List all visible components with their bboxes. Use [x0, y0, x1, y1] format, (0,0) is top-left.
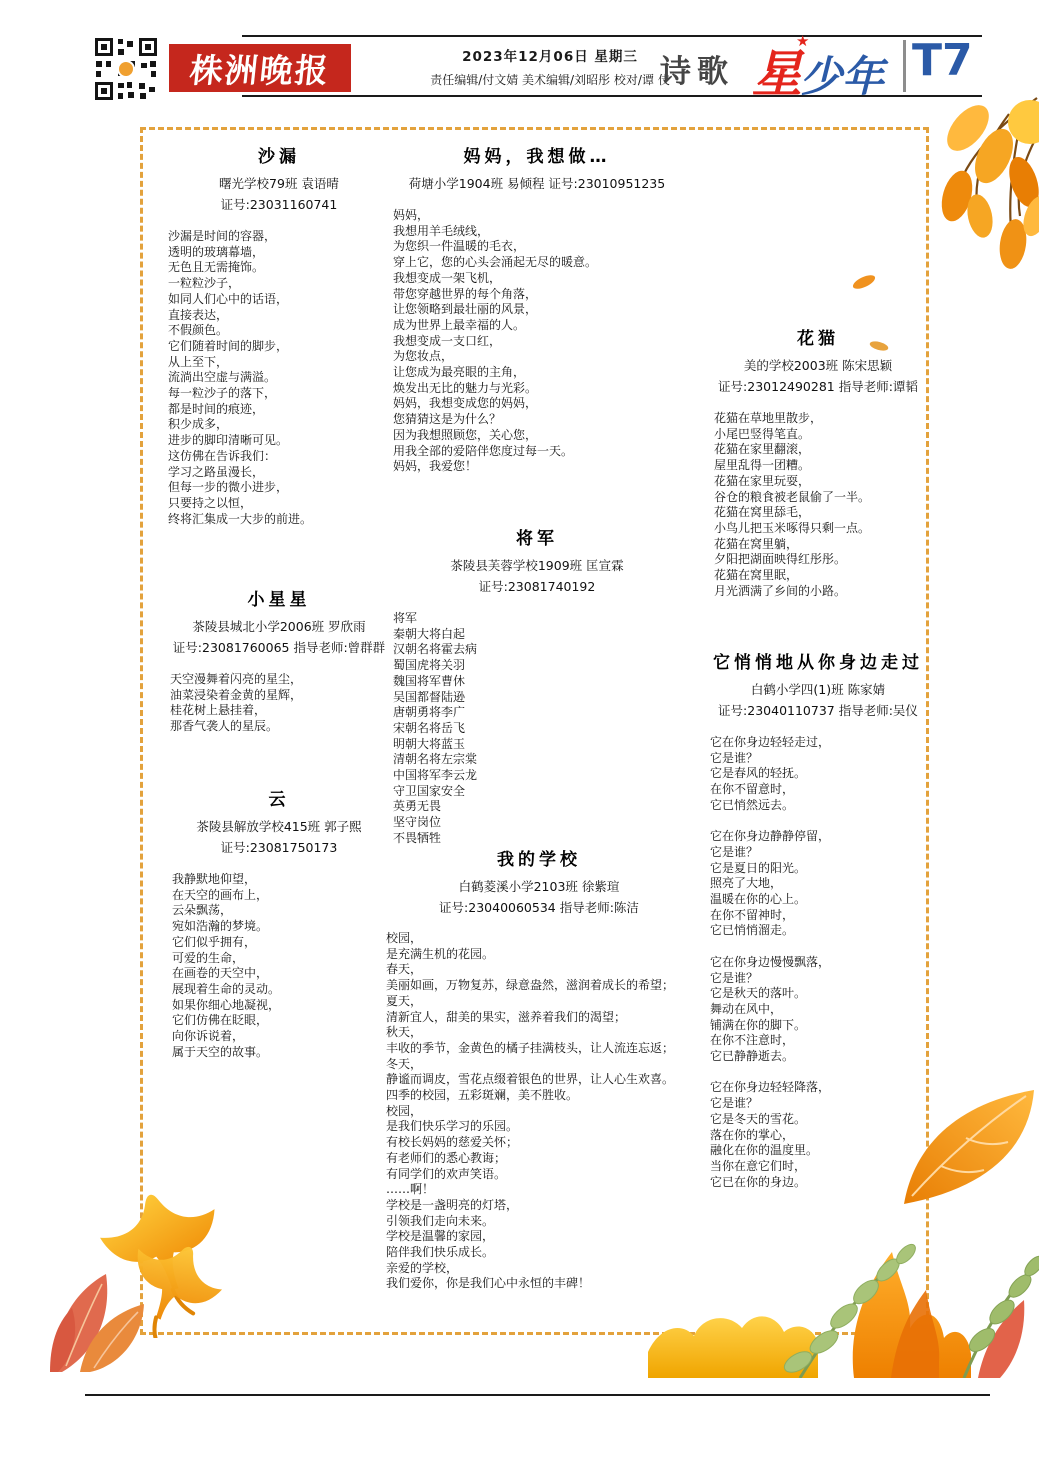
poem-line: 为您织一件温暖的毛衣，: [393, 239, 691, 255]
autumn-branch-decoration: [806, 96, 1039, 288]
poem-line: 蜀国虎将关羽: [393, 658, 691, 674]
poem-line: 您猜猜这是为什么？: [393, 412, 691, 428]
stanza-gap: [710, 939, 956, 955]
poem-title: 沙漏: [148, 142, 410, 167]
poem-line: 花猫在草地里散步，: [714, 411, 946, 427]
poem-body: 妈妈，我想用羊毛绒线，为您织一件温暖的毛衣，穿上它，您的心头会涌起无尽的暖意。我…: [383, 208, 691, 475]
poem-line: 魏国将军曹休: [393, 674, 691, 690]
poem-line: 我静默地仰望，: [172, 872, 410, 888]
star-icon: ★: [796, 32, 809, 50]
poem-cert-line: 证号:23081750173: [148, 838, 410, 856]
poem-title: 妈妈，我想做…: [383, 142, 691, 167]
poem-line: 守卫国家安全: [393, 784, 691, 800]
poem-line: 在天空的画布上，: [172, 888, 410, 904]
bottom-right-leaves-decoration: [648, 1230, 1039, 1378]
poem: 云茶陵县解放学校415班 郭子熙证号:23081750173我静默地仰望，在天空…: [148, 785, 410, 1060]
poem-line: 我想变成一架飞机，: [393, 271, 691, 287]
poem-line: 中国将军李云龙: [393, 768, 691, 784]
poem-line: 沙漏是时间的容器，: [168, 229, 410, 245]
poem-line: 但每一步的微小进步，: [168, 480, 410, 496]
poem-line: 在你不留意时，: [710, 782, 956, 798]
poem-line: 它们似乎拥有，: [172, 935, 410, 951]
falling-leaf-icon: [866, 338, 892, 354]
poem-line: 美丽如画，万物复苏，绿意盎然，滋润着成长的希望；: [386, 978, 700, 994]
brand-shaonian: 少年: [800, 52, 884, 101]
poem-line: 用我全部的爱陪伴您度过每一天。: [393, 444, 691, 460]
poem-cert-line: 证号:23012490281 指导老师:谭韬: [690, 377, 946, 395]
poem-body: 我静默地仰望，在天空的画布上，云朵飘荡，宛如浩瀚的梦境。它们似乎拥有，可爱的生命…: [148, 872, 410, 1060]
poem-line: 如同人们心中的话语，: [168, 292, 410, 308]
poem-line: 引领我们走向未来。: [386, 1214, 700, 1230]
poem-line: 向你诉说着，: [172, 1029, 410, 1045]
poem-line: 汉朝名将霍去病: [393, 642, 691, 658]
poem-line: 成为世界上最幸福的人。: [393, 318, 691, 334]
poem-line: 为您妆点，: [393, 349, 691, 365]
poem-line: 云朵飘荡，: [172, 903, 410, 919]
poem-line: 进步的脚印清晰可见。: [168, 433, 410, 449]
poem-line: 铺满在你的脚下。: [710, 1018, 956, 1034]
poem-line: 吴国都督陆逊: [393, 690, 691, 706]
poem: 沙漏曙光学校79班 袁语晴证号:23031160741沙漏是时间的容器，透明的玻…: [148, 142, 410, 527]
poem-cert-line: 证号:23040110737 指导老师:吴仪: [680, 701, 956, 719]
poem: 小星星茶陵县城北小学2006班 罗欣雨证号:23081760065 指导老师:曾…: [136, 585, 422, 735]
poem-line: 谷仓的粮食被老鼠偷了一半。: [714, 490, 946, 506]
poem-line: 宛如浩瀚的梦境。: [172, 919, 410, 935]
poem-line: 月光洒满了乡间的小路。: [714, 584, 946, 600]
poem-line: 英勇无畏: [393, 799, 691, 815]
poem-line: 温暖在你的心上。: [710, 892, 956, 908]
poem-cert-line: 证号:23081760065 指导老师:曾群群: [136, 638, 422, 656]
poem-line: 妈妈，我想变成您的妈妈，: [393, 396, 691, 412]
poem-line: 丰收的季节，金黄色的橘子挂满枝头，让人流连忘返；: [386, 1041, 700, 1057]
poem-line: 积少成多，: [168, 417, 410, 433]
poem-body: 花猫在草地里散步，小尾巴竖得笔直。花猫在家里翻滚，屋里乱得一团糟。花猫在家里玩耍…: [690, 411, 946, 599]
poem-line: 带您穿越世界的每个角落，: [393, 287, 691, 303]
poem-line: 是充满生机的花园。: [386, 947, 700, 963]
poem-line: 是我们快乐学习的乐园。: [386, 1119, 700, 1135]
poem-line: 它是春风的轻抚。: [710, 766, 956, 782]
poem-line: 冬天，: [386, 1057, 700, 1073]
poem-line: 花猫在窝里躺，: [714, 537, 946, 553]
orange-leaf-decoration: [896, 1086, 1039, 1208]
poem-line: 无色且无需掩饰。: [168, 260, 410, 276]
poem-line: 它是谁？: [710, 971, 956, 987]
poem-line: 静谧而调皮，雪花点缀着银色的世界，让人心生欢喜。: [386, 1072, 700, 1088]
poem-line: 宋朝名将岳飞: [393, 721, 691, 737]
poem-line: 舞动在风中，: [710, 1002, 956, 1018]
poem-line: 学习之路虽漫长，: [168, 465, 410, 481]
poem-line: 一粒粒沙子，: [168, 276, 410, 292]
poem-line: 春天，: [386, 962, 700, 978]
poem-author-line: 美的学校2003班 陈宋思颖: [690, 356, 946, 374]
poem-title: 花猫: [690, 324, 946, 349]
poem-line: 焕发出无比的魅力与光彩。: [393, 381, 691, 397]
poem-line: 坚守岗位: [393, 815, 691, 831]
newspaper-page: 株洲晚报 2023年12月06日 星期三 责任编辑/付文婧 美术编辑/刘昭彤 校…: [0, 0, 1039, 1459]
poem-body: 天空漫舞着闪亮的星尘，油菜浸染着金黄的星辉，桂花树上悬挂着，那香气袭人的星辰。: [136, 672, 422, 735]
poem-line: 它在你身边慢慢飘落，: [710, 955, 956, 971]
poem-author-line: 白鹤菱溪小学2103班 徐紫瑄: [378, 877, 700, 895]
poem: 将军茶陵县芙蓉学校1909班 匡宣霖证号:23081740192将军秦朝大将白起…: [383, 524, 691, 847]
poem-line: 校园，: [386, 1104, 700, 1120]
poem-line: 终将汇集成一大步的前进。: [168, 512, 410, 528]
poem-line: 妈妈，: [393, 208, 691, 224]
poem-line: 明朝大将蓝玉: [393, 737, 691, 753]
poem-line: 花猫在窝里舔毛，: [714, 505, 946, 521]
falling-leaf-icon: [848, 272, 880, 292]
poem-line: 在画卷的天空中，: [172, 966, 410, 982]
poem-line: 秋天，: [386, 1025, 700, 1041]
stanza-gap: [710, 814, 956, 830]
poem-line: 妈妈，我爱您！: [393, 459, 691, 475]
poem-line: 清新宜人，甜美的果实，滋养着我们的渴望；: [386, 1010, 700, 1026]
poem-line: 都是时间的痕迹，: [168, 402, 410, 418]
poem-line: 它在你身边轻轻走过，: [710, 735, 956, 751]
poem-line: 因为我想照顾您，关心您，: [393, 428, 691, 444]
poem-cert-line: 证号:23040060534 指导老师:陈洁: [378, 898, 700, 916]
poem-body: 将军秦朝大将白起汉朝名将霍去病蜀国虎将关羽魏国将军曹休吴国都督陆逊唐朝勇将李广宋…: [383, 611, 691, 847]
poem-line: 照亮了大地，: [710, 876, 956, 892]
poem: 花猫美的学校2003班 陈宋思颖证号:23012490281 指导老师:谭韬花猫…: [690, 324, 946, 599]
poem-line: 花猫在窝里眠，: [714, 568, 946, 584]
poem-line: 它已悄悄溜走。: [710, 923, 956, 939]
poem-line: 这仿佛在告诉我们：: [168, 449, 410, 465]
poem-line: 校园，: [386, 931, 700, 947]
poem-line: 它已静静逝去。: [710, 1049, 956, 1065]
poem-line: 我想用羊毛绒线，: [393, 224, 691, 240]
poem-title: 云: [148, 785, 410, 810]
poem-author-line: 曙光学校79班 袁语晴: [148, 174, 410, 192]
poem-line: 将军: [393, 611, 691, 627]
poem-line: 夕阳把湖面映得红彤彤。: [714, 552, 946, 568]
poem-line: 唐朝勇将李广: [393, 705, 691, 721]
footer-rule: [85, 1394, 990, 1396]
poem-line: 有校长妈妈的慈爱关怀；: [386, 1135, 700, 1151]
poem-line: 它是秋天的落叶。: [710, 986, 956, 1002]
poem-title: 小星星: [136, 585, 422, 610]
poem-line: 有同学们的欢声笑语。: [386, 1167, 700, 1183]
poem-line: 有老师们的悉心教诲；: [386, 1151, 700, 1167]
poem-title: 我的学校: [378, 845, 700, 870]
poem-line: 属于天空的故事。: [172, 1045, 410, 1061]
poem-body: 沙漏是时间的容器，透明的玻璃幕墙，无色且无需掩饰。一粒粒沙子，如同人们心中的话语…: [148, 229, 410, 527]
poem-line: 清朝名将左宗棠: [393, 752, 691, 768]
poem-cert-line: 证号:23031160741: [148, 195, 410, 213]
poem-line: ……啊！: [386, 1182, 700, 1198]
poem-line: 在你不注意时，: [710, 1033, 956, 1049]
poem-author-line: 茶陵县城北小学2006班 罗欣雨: [136, 617, 422, 635]
poem-cert-line: 证号:23081740192: [383, 577, 691, 595]
poem-line: 展现着生命的灵动。: [172, 982, 410, 998]
poem-line: 花猫在家里翻滚，: [714, 442, 946, 458]
stanza-gap: [710, 1065, 956, 1081]
poem-author-line: 茶陵县芙蓉学校1909班 匡宣霖: [383, 556, 691, 574]
poem-line: 让您领略到最壮丽的风景，: [393, 302, 691, 318]
poem: 我的学校白鹤菱溪小学2103班 徐紫瑄证号:23040060534 指导老师:陈…: [378, 845, 700, 1292]
poem: 妈妈，我想做…荷塘小学1904班 易倾程 证号:23010951235妈妈，我想…: [383, 142, 691, 475]
poem-line: 小鸟儿把玉米啄得只剩一点。: [714, 521, 946, 537]
poem-line: 只要持之以恒，: [168, 496, 410, 512]
poem-title: 它悄悄地从你身边走过: [680, 648, 956, 673]
poem-line: 直接表达，: [168, 308, 410, 324]
poem-line: 让您成为最亮眼的主角，: [393, 365, 691, 381]
poem-author-line: 荷塘小学1904班 易倾程 证号:23010951235: [383, 174, 691, 192]
poem-line: 可爱的生命，: [172, 951, 410, 967]
poem-line: 流淌出空虚与满溢。: [168, 370, 410, 386]
poem-line: 在你不留神时，: [710, 908, 956, 924]
poem-line: 小尾巴竖得笔直。: [714, 427, 946, 443]
poem-line: 学校是一盏明亮的灯塔，: [386, 1198, 700, 1214]
poem-line: 四季的校园，五彩斑斓，美不胜收。: [386, 1088, 700, 1104]
poem-line: 透明的玻璃幕墙，: [168, 245, 410, 261]
poem-line: 如果你细心地凝视，: [172, 998, 410, 1014]
poem-line: 秦朝大将白起: [393, 627, 691, 643]
poem-line: 它是谁？: [710, 751, 956, 767]
bottom-left-red-leaves-decoration: [50, 1270, 168, 1372]
poem-title: 将军: [383, 524, 691, 549]
poem-line: 它们随着时间的脚步，: [168, 339, 410, 355]
poem-line: 穿上它，您的心头会涌起无尽的暖意。: [393, 255, 691, 271]
poem-line: 我想变成一支口红，: [393, 334, 691, 350]
poem-line: 它们仿佛在眨眼，: [172, 1013, 410, 1029]
poem-line: 它在你身边静静停留，: [710, 829, 956, 845]
poem-line: 花猫在家里玩耍，: [714, 474, 946, 490]
poem-line: 夏天，: [386, 994, 700, 1010]
poem-author-line: 茶陵县解放学校415班 郭子熙: [148, 817, 410, 835]
poem-line: 屋里乱得一团糟。: [714, 458, 946, 474]
poem-line: 每一粒沙子的落下，: [168, 386, 410, 402]
poem-author-line: 白鹤小学四(1)班 陈家婧: [680, 680, 956, 698]
poem-line: 不假颜色。: [168, 323, 410, 339]
poem-line: 它是夏日的阳光。: [710, 861, 956, 877]
brand-xing: 星: [752, 45, 802, 103]
poem-line: 它已悄然远去。: [710, 798, 956, 814]
poem-line: 从上至下，: [168, 355, 410, 371]
poem-line: 它是谁？: [710, 845, 956, 861]
